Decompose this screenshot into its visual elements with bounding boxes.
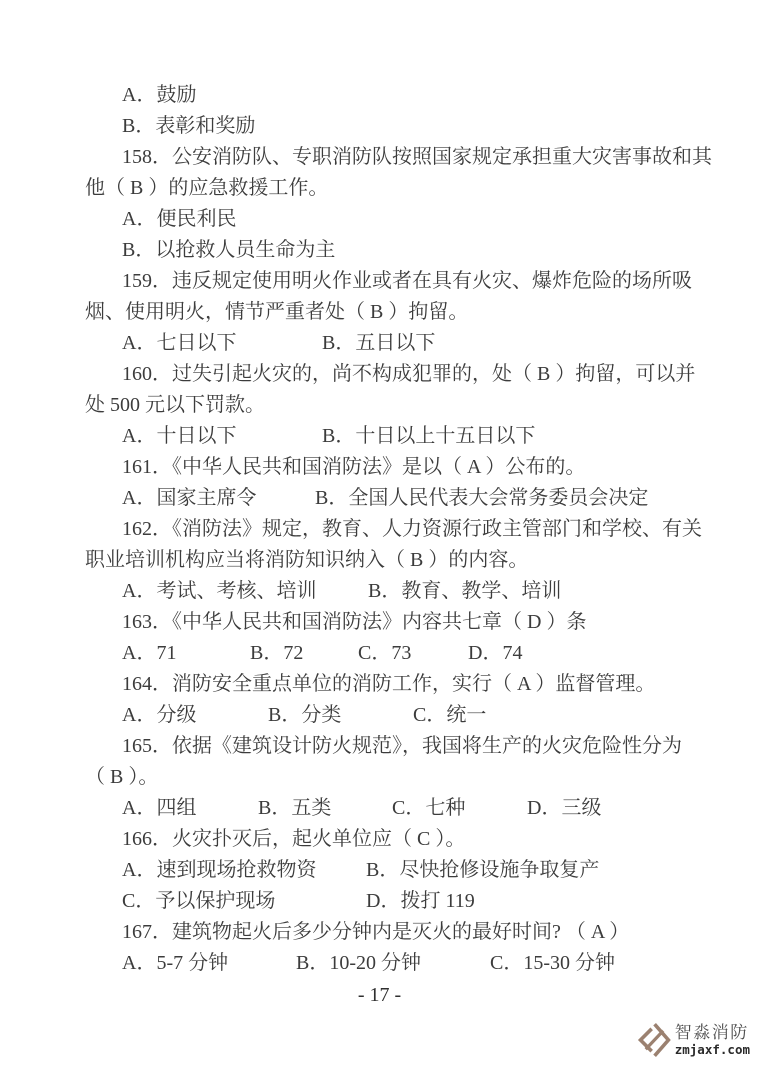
- question-167: 167．建筑物起火后多少分钟内是灭火的最好时间? （ A ）: [122, 917, 629, 948]
- option-b: B．72: [250, 638, 303, 669]
- question-161-line: 161．《中华人民共和国消防法》是以（ A ）公布的。: [0, 452, 759, 483]
- options-row: A．七日以下 B．五日以下: [0, 328, 759, 359]
- options-row: A．考试、考核、培训 B．教育、教学、培训: [0, 576, 759, 607]
- options-row: A．71 B．72 C．73 D．74: [0, 638, 759, 669]
- question-160-continuation: 处 500 元以下罚款。: [0, 390, 759, 421]
- option-d: D．74: [468, 638, 522, 669]
- options-row: A．四组 B．五类 C．七种 D．三级: [0, 793, 759, 824]
- question-160-cont: 处 500 元以下罚款。: [85, 390, 265, 421]
- option-b: B．分类: [268, 700, 341, 731]
- option-b: B．教育、教学、培训: [368, 576, 561, 607]
- question-162-continuation: 职业培训机构应当将消防知识纳入（ B ）的内容。: [0, 545, 759, 576]
- question-162-line: 162．《消防法》规定，教育、人力资源行政主管部门和学校、有关: [0, 514, 759, 545]
- options-row: B．以抢救人员生命为主: [0, 235, 759, 266]
- question-160-line: 160．过失引起火灾的，尚不构成犯罪的，处（ B ）拘留，可以并: [0, 359, 759, 390]
- option-c: C．统一: [413, 700, 486, 731]
- options-row: A．5-7 分钟 B．10-20 分钟 C．15-30 分钟: [0, 948, 759, 979]
- question-165-continuation: （ B ）。: [0, 762, 759, 793]
- options-row: A．速到现场抢救物资 B．尽快抢修设施争取复产: [0, 855, 759, 886]
- question-158-continuation: 他（ B ）的应急救援工作。: [0, 173, 759, 204]
- document-page: A．鼓励 B．表彰和奖励 158．公安消防队、专职消防队按照国家规定承担重大灾害…: [0, 0, 759, 1067]
- options-row: A．十日以下 B．十日以上十五日以下: [0, 421, 759, 452]
- page-number: - 17 -: [0, 980, 759, 1011]
- option-c: C．73: [358, 638, 411, 669]
- option-a: A．5-7 分钟: [122, 948, 228, 979]
- question-166: 166．火灾扑灭后，起火单位应（ C ）。: [122, 824, 465, 855]
- option-a: A．分级: [122, 700, 196, 731]
- option-d: D．三级: [527, 793, 601, 824]
- option-d: D．拨打 119: [366, 886, 475, 917]
- question-164-line: 164．消防安全重点单位的消防工作，实行（ A ）监督管理。: [0, 669, 759, 700]
- option-a: A．71: [122, 638, 176, 669]
- question-158: 158．公安消防队、专职消防队按照国家规定承担重大灾害事故和其: [122, 142, 712, 173]
- question-165-cont: （ B ）。: [85, 762, 158, 793]
- question-161: 161．《中华人民共和国消防法》是以（ A ）公布的。: [122, 452, 585, 483]
- option-b: B．全国人民代表大会常务委员会决定: [315, 483, 648, 514]
- site-watermark: 智淼消防 zmjaxf.com: [636, 1021, 750, 1059]
- question-158-cont: 他（ B ）的应急救援工作。: [85, 173, 328, 204]
- option-a: A．十日以下: [122, 421, 236, 452]
- question-164: 164．消防安全重点单位的消防工作，实行（ A ）监督管理。: [122, 669, 655, 700]
- option-a: A．便民利民: [122, 204, 236, 235]
- options-row: A．鼓励: [0, 80, 759, 111]
- option-b: B．10-20 分钟: [296, 948, 421, 979]
- question-166-line: 166．火灾扑灭后，起火单位应（ C ）。: [0, 824, 759, 855]
- watermark-domain: zmjaxf.com: [675, 1042, 750, 1057]
- option-b: B．表彰和奖励: [122, 111, 255, 142]
- watermark-brand-name: 智淼消防: [675, 1023, 750, 1042]
- options-row: B．表彰和奖励: [0, 111, 759, 142]
- question-165-line: 165．依据《建筑设计防火规范》，我国将生产的火灾危险性分为: [0, 731, 759, 762]
- option-a: A．速到现场抢救物资: [122, 855, 316, 886]
- option-a: A．国家主席令: [122, 483, 256, 514]
- question-158-line: 158．公安消防队、专职消防队按照国家规定承担重大灾害事故和其: [0, 142, 759, 173]
- question-159-continuation: 烟、使用明火，情节严重者处（ B ）拘留。: [0, 297, 759, 328]
- option-b: B．尽快抢修设施争取复产: [366, 855, 599, 886]
- question-159: 159．违反规定使用明火作业或者在具有火灾、爆炸危险的场所吸: [122, 266, 692, 297]
- option-a: A．七日以下: [122, 328, 236, 359]
- option-c: C．七种: [392, 793, 465, 824]
- question-160: 160．过失引起火灾的，尚不构成犯罪的，处（ B ）拘留，可以并: [122, 359, 695, 390]
- question-159-cont: 烟、使用明火，情节严重者处（ B ）拘留。: [85, 297, 468, 328]
- question-162-cont: 职业培训机构应当将消防知识纳入（ B ）的内容。: [85, 545, 528, 576]
- option-a: A．考试、考核、培训: [122, 576, 316, 607]
- options-row: A．分级 B．分类 C．统一: [0, 700, 759, 731]
- question-165: 165．依据《建筑设计防火规范》，我国将生产的火灾危险性分为: [122, 731, 682, 762]
- question-163: 163．《中华人民共和国消防法》内容共七章（ D ）条: [122, 607, 586, 638]
- option-c: C．15-30 分钟: [490, 948, 615, 979]
- question-163-line: 163．《中华人民共和国消防法》内容共七章（ D ）条: [0, 607, 759, 638]
- question-167-line: 167．建筑物起火后多少分钟内是灭火的最好时间? （ A ）: [0, 917, 759, 948]
- question-162: 162．《消防法》规定，教育、人力资源行政主管部门和学校、有关: [122, 514, 702, 545]
- question-159-line: 159．违反规定使用明火作业或者在具有火灾、爆炸危险的场所吸: [0, 266, 759, 297]
- option-a: A．鼓励: [122, 80, 196, 111]
- option-b: B．五日以下: [322, 328, 435, 359]
- option-a: A．四组: [122, 793, 196, 824]
- options-row: A．国家主席令 B．全国人民代表大会常务委员会决定: [0, 483, 759, 514]
- watermark-text: 智淼消防 zmjaxf.com: [675, 1023, 750, 1057]
- options-row: C．予以保护现场 D．拨打 119: [0, 886, 759, 917]
- option-c: C．予以保护现场: [122, 886, 275, 917]
- diamond-z-logo-icon: [636, 1021, 672, 1059]
- option-b: B．十日以上十五日以下: [322, 421, 535, 452]
- options-row: A．便民利民: [0, 204, 759, 235]
- option-b: B．以抢救人员生命为主: [122, 235, 335, 266]
- option-b: B．五类: [258, 793, 331, 824]
